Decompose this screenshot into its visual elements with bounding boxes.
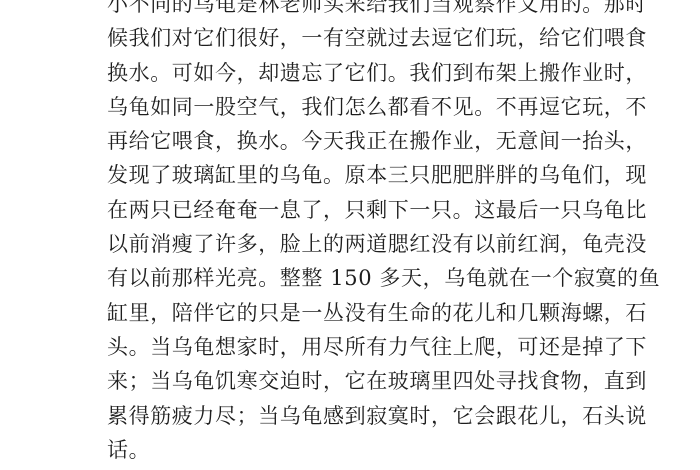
text-line: 在两只已经奄奄一息了，只剩下一只。这最后一只乌龟比: [107, 193, 577, 227]
text-line: 小不同的乌龟是林老师买来给我们当观察作文用的。那时: [107, 0, 577, 21]
text-line: 发现了玻璃缸里的乌龟。原本三只肥肥胖胖的乌龟们，现: [107, 158, 577, 192]
text-line: 乌龟如同一股空气，我们怎么都看不见。不再逗它玩，不: [107, 90, 577, 124]
document-body: 小不同的乌龟是林老师买来给我们当观察作文用的。那时 候我们对它们很好，一有空就过…: [107, 0, 577, 467]
text-line: 候我们对它们很好，一有空就过去逗它们玩，给它们喂食: [107, 21, 577, 55]
text-line: 头。当乌龟想家时，用尽所有力气往上爬，可还是掉了下: [107, 330, 577, 364]
text-line: 累得筋疲力尽；当乌龟感到寂寞时，它会跟花儿，石头说: [107, 399, 577, 433]
text-line: 以前消瘦了许多，脸上的两道腮红没有以前红润，龟壳没: [107, 227, 577, 261]
text-line: 有以前那样光亮。整整 150 多天，乌龟就在一个寂寞的鱼: [107, 261, 577, 295]
text-line: 缸里，陪伴它的只是一丛没有生命的花儿和几颗海螺，石: [107, 296, 577, 330]
text-line: 话。: [107, 433, 577, 467]
text-line: 换水。可如今，却遗忘了它们。我们到布架上搬作业时，: [107, 56, 577, 90]
text-line: 再给它喂食，换水。今天我正在搬作业，无意间一抬头，: [107, 124, 577, 158]
text-line: 来；当乌龟饥寒交迫时，它在玻璃里四处寻找食物，直到: [107, 364, 577, 398]
